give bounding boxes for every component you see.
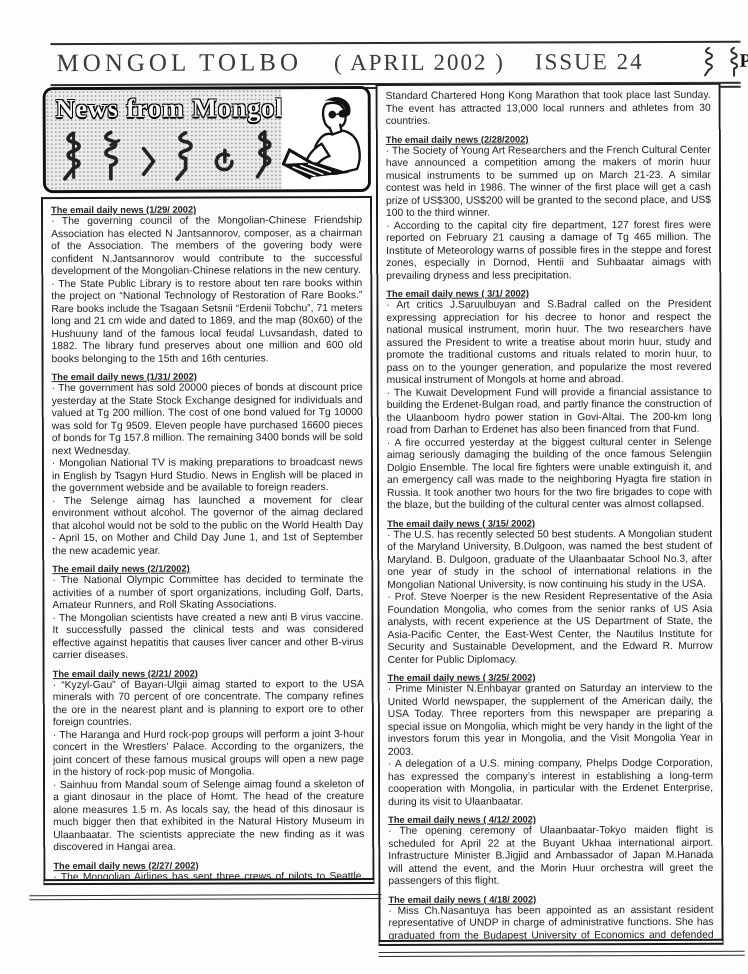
- section-dateline: The email daily news (2/21/ 2002): [53, 668, 364, 679]
- logo-title: News from Mongolia: [56, 93, 282, 124]
- section-dateline: The email daily news ( 3/25/ 2002): [388, 672, 713, 683]
- section-dateline: The email daily news ( 4/18/ 2002): [388, 893, 713, 904]
- news-paragraph: · Mongolian National TV is making prepar…: [52, 457, 363, 496]
- news-from-mongolia-logo: News from Mongolia: [43, 86, 371, 193]
- newspaper-page: MONGOL TOLBO ( APRIL 2002 ) ISSUE 24 PAG…: [0, 0, 748, 974]
- newspaper-title: MONGOL TOLBO: [56, 49, 302, 78]
- news-paragraph: · Miss Ch.Nasantuya has been appointed a…: [388, 904, 713, 946]
- news-paragraph: · The National Olympic Committee has dec…: [52, 574, 363, 613]
- news-paragraph: · A fire occurred yesterday at the bigge…: [387, 436, 712, 512]
- right-news-column: Standard Chartered Hong Kong Marathon th…: [376, 83, 724, 946]
- news-paragraph: · A delegation of a U.S. mining company,…: [388, 758, 713, 809]
- news-paragraph: · The State Public Library is to restore…: [51, 278, 362, 367]
- section-dateline: The email daily news (2/1/2002): [52, 563, 363, 574]
- news-paragraph: · Prof. Steve Noerper is the new Residen…: [387, 591, 712, 667]
- logo-halftone-panel: News from Mongolia: [46, 89, 282, 190]
- news-paragraph: · The U.S. has recently selected 50 best…: [387, 528, 712, 592]
- section-dateline: The email daily news (1/31/ 2002): [52, 371, 363, 382]
- news-paragraph: · Prime Minister N.Enhbayar granted on S…: [388, 683, 713, 759]
- news-paragraph: · Art critics J.Saruulbuyan and S.Badral…: [386, 299, 711, 388]
- news-paragraph: · The governing council of the Mongolian…: [51, 215, 362, 279]
- news-paragraph: · “Kyzyl-Gau” of Bayan-Ulgii aimag start…: [53, 679, 364, 730]
- news-paragraph: · The Haranga and Hurd rock-pop groups w…: [53, 729, 364, 780]
- news-paragraph: Standard Chartered Hong Kong Marathon th…: [386, 90, 711, 129]
- news-paragraph: · Sainhuu from Mandal soum of Selenge ai…: [53, 779, 364, 855]
- news-paragraph: · The Selenge aimag has launched a movem…: [52, 495, 363, 559]
- mongolian-script-icon: [703, 47, 739, 77]
- news-paragraph: · The opening ceremony of Ulaanbaatar-To…: [388, 825, 713, 889]
- typist-illustration: [282, 89, 371, 189]
- section-dateline: The email daily news (2/28/2002): [386, 133, 711, 144]
- left-column-bottom-rule: [29, 894, 381, 900]
- left-news-column: The email daily news (1/29/ 2002) · The …: [41, 196, 374, 885]
- section-dateline: The email daily news ( 4/12/ 2002): [388, 814, 713, 825]
- section-dateline: The email daily news ( 3/1/ 2002): [386, 288, 711, 299]
- news-paragraph: · According to the capital city fire dep…: [386, 219, 711, 283]
- news-paragraph: · The Mongolian scientists have created …: [52, 612, 363, 663]
- section-dateline: The email daily news ( 3/15/ 2002): [387, 517, 712, 528]
- masthead-date: ( APRIL 2002 ): [334, 50, 505, 77]
- masthead-issue: ISSUE 24: [535, 49, 644, 75]
- news-paragraph: · The Mongolian Airlines has sent three …: [53, 871, 364, 886]
- news-paragraph: · The Kuwait Development Fund will provi…: [387, 386, 712, 437]
- news-paragraph: · The government has sold 20000 pieces o…: [52, 382, 363, 458]
- right-column-bottom-rule: [379, 951, 745, 957]
- mongolian-script-row-icon: [62, 129, 282, 182]
- section-dateline: The email daily news (1/29/ 2002): [51, 204, 362, 215]
- news-paragraph: · The Society of Young Art Researchers a…: [386, 144, 711, 220]
- section-dateline: The email daily news (2/27/ 2002): [53, 860, 364, 871]
- page-number: PAGE 4: [740, 50, 748, 72]
